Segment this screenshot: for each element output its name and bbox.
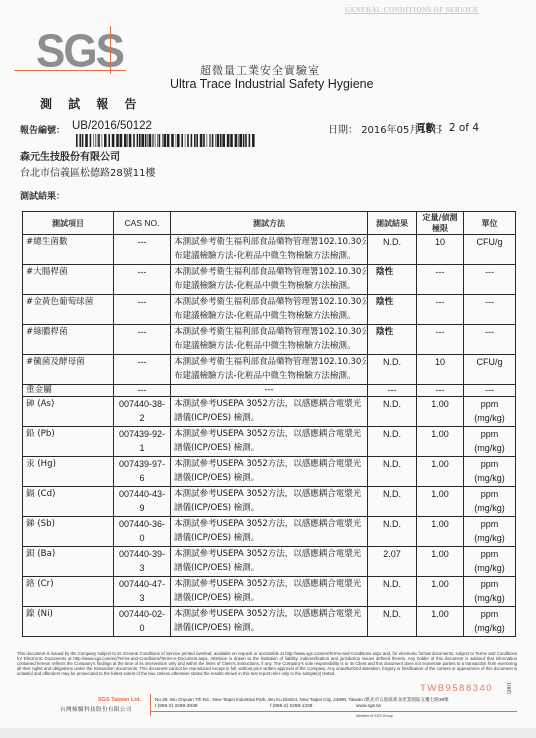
result-value: N.D.: [383, 357, 401, 367]
date-label: 日期：: [328, 125, 358, 136]
result-value: N.D.: [383, 237, 401, 247]
unit-line: ---: [467, 385, 512, 396]
table-row: #大腸桿菌---本測試參考衛生福利部食品藥物管理署102.10.30公布建議檢驗…: [23, 265, 516, 295]
cas-number: 007440-47-3: [119, 579, 165, 603]
method-line: 布建議檢驗方法-化粧品中微生物檢驗方法檢測。: [174, 280, 364, 294]
item-name: 鎘 (Cd): [26, 489, 56, 499]
cell-item: 汞 (Hg): [23, 457, 114, 487]
unit-line: ppm: [467, 608, 512, 622]
cell-method: 本測試參考USEPA 3052方法，以感應耦合電漿光譜儀(ICP/OES) 檢測…: [171, 487, 368, 517]
cell-limit: ---: [417, 265, 464, 295]
cas-number: 007440-43-9: [119, 489, 165, 513]
cell-cas: 007440-02-0: [114, 607, 171, 637]
cell-cas: 007440-47-3: [114, 577, 171, 607]
serial-number: TWB9588340: [420, 683, 493, 694]
sgs-logo: SGS: [14, 26, 126, 74]
footer-fax: f (886-2) 2298-1338: [270, 704, 312, 709]
limit-value: 1.00: [431, 549, 449, 559]
cell-cas: ---: [114, 385, 171, 397]
cell-result: N.D.: [368, 517, 417, 547]
method-line: 本測試參考USEPA 3052方法，以感應耦合電漿光: [174, 518, 364, 532]
unit-line: ---: [467, 296, 512, 310]
method-line: 本測試參考USEPA 3052方法，以感應耦合電漿光: [174, 578, 364, 592]
table-header-row: 測試項目 CAS NO. 測試方法 測試結果 定量/偵測極限 單位: [23, 212, 516, 235]
header-cas: CAS NO.: [114, 212, 171, 235]
method-line: 本測試參考USEPA 3052方法，以感應耦合電漿光: [174, 458, 364, 472]
method-line: 本測試參考USEPA 3052方法，以感應耦合電漿光: [174, 428, 364, 442]
cell-item: 鉻 (Cr): [23, 577, 114, 607]
cell-method: ---: [171, 385, 368, 397]
unit-line: (mg/kg): [467, 562, 512, 576]
limit-value: 10: [435, 357, 445, 367]
cell-limit: ---: [417, 325, 464, 355]
results-label: 測試結果：: [20, 189, 65, 202]
result-value: N.D.: [383, 489, 401, 499]
item-name: 鉻 (Cr): [26, 579, 54, 589]
cell-limit: 10: [417, 235, 464, 265]
unit-line: ppm: [467, 488, 512, 502]
table-row: 鎳 (Ni)007440-02-0本測試參考USEPA 3052方法，以感應耦合…: [23, 607, 516, 637]
footer-divider: [150, 694, 151, 716]
method-line: ---: [174, 385, 364, 396]
cell-item: 鉛 (Pb): [23, 427, 114, 457]
cell-item: #總生菌數: [23, 235, 114, 265]
cell-item: #黴菌及酵母菌: [23, 355, 114, 385]
cell-cas: 007440-38-2: [114, 397, 171, 427]
cell-method: 本測試參考USEPA 3052方法，以感應耦合電漿光譜儀(ICP/OES) 檢測…: [171, 457, 368, 487]
header-result: 測試結果: [368, 212, 417, 235]
cell-unit: ppm(mg/kg): [464, 607, 516, 637]
cell-result: 陰性: [368, 325, 417, 355]
item-name: 銻 (Sb): [26, 519, 55, 529]
cell-method: 本測試參考衛生福利部食品藥物管理署102.10.30公布建議檢驗方法-化粧品中微…: [171, 325, 368, 355]
cell-limit: 1.00: [417, 487, 464, 517]
table-row: #黴菌及酵母菌---本測試參考衛生福利部食品藥物管理署102.10.30公布建議…: [23, 355, 516, 385]
method-line: 譜儀(ICP/OES) 檢測。: [174, 562, 364, 576]
cas-number: 007440-39-3: [119, 549, 165, 573]
cell-method: 本測試參考USEPA 3052方法，以感應耦合電漿光譜儀(ICP/OES) 檢測…: [171, 517, 368, 547]
unit-line: ppm: [467, 578, 512, 592]
limit-value: ---: [436, 267, 445, 277]
cell-cas: ---: [114, 265, 171, 295]
cell-unit: ppm(mg/kg): [464, 517, 516, 547]
cell-unit: ppm(mg/kg): [464, 487, 516, 517]
report-page: GENERAL CONDITIONS OF SERVICE SGS 超微量工業安…: [0, 0, 536, 738]
result-value: N.D.: [383, 609, 401, 619]
unit-line: (mg/kg): [467, 412, 512, 426]
item-name: 鋇 (Ba): [26, 549, 55, 559]
cas-number: ---: [138, 237, 147, 247]
pages-value: ：2 of 4: [438, 122, 479, 134]
table-row: 砷 (As)007440-38-2本測試參考USEPA 3052方法，以感應耦合…: [23, 397, 516, 427]
result-value: 陰性: [376, 267, 393, 277]
method-line: 本測試參考USEPA 3052方法，以感應耦合電漿光: [174, 488, 364, 502]
cell-limit: 1.00: [417, 427, 464, 457]
cell-method: 本測試參考衛生福利部食品藥物管理署102.10.30公布建議檢驗方法-化粧品中微…: [171, 265, 368, 295]
limit-value: 1.00: [431, 489, 449, 499]
footer-website[interactable]: www.sgs.tw: [356, 704, 381, 709]
footer-company-en: SGS Taiwan Ltd.: [98, 697, 141, 703]
unit-line: ppm: [467, 548, 512, 562]
cell-result: N.D.: [368, 355, 417, 385]
cell-result: 陰性: [368, 265, 417, 295]
limit-value: 1.00: [431, 579, 449, 589]
method-line: 譜儀(ICP/OES) 檢測。: [174, 592, 364, 606]
unit-line: ppm: [467, 458, 512, 472]
cell-result: N.D.: [368, 457, 417, 487]
legal-disclaimer: This document is issued by the Company s…: [17, 651, 517, 676]
unit-line: ---: [467, 326, 512, 340]
method-line: 布建議檢驗方法-化粧品中微生物檢驗方法檢測。: [174, 250, 364, 264]
table-row: 鉛 (Pb)007439-92-1本測試參考USEPA 3052方法，以感應耦合…: [23, 427, 516, 457]
cell-limit: 1.00: [417, 397, 464, 427]
report-title: 測 試 報 告: [40, 95, 143, 112]
unit-line: (mg/kg): [467, 622, 512, 636]
cell-result: ---: [368, 385, 417, 397]
logo-accent-line: [110, 26, 111, 74]
table-row: #綠膿桿菌---本測試參考衛生福利部食品藥物管理署102.10.30公布建議檢驗…: [23, 325, 516, 355]
lab-name-en: Ultra Trace Industrial Safety Hygiene: [170, 77, 374, 91]
method-line: 本測試參考衛生福利部食品藥物管理署102.10.30公: [174, 266, 364, 280]
cell-unit: ppm(mg/kg): [464, 547, 516, 577]
table-row: 鋇 (Ba)007440-39-3本測試參考USEPA 3052方法，以感應耦合…: [23, 547, 516, 577]
unit-line: ppm: [467, 398, 512, 412]
item-name: 砷 (As): [26, 399, 54, 409]
unit-line: (mg/kg): [467, 592, 512, 606]
method-line: 本測試參考衛生福利部食品藥物管理署102.10.30公: [174, 236, 364, 250]
limit-value: ---: [436, 297, 445, 307]
cell-item: #綠膿桿菌: [23, 325, 114, 355]
method-line: 布建議檢驗方法-化粧品中微生物檢驗方法檢測。: [174, 340, 364, 354]
client-company: 森元生技股份有限公司: [20, 148, 120, 163]
limit-value: 1.00: [431, 609, 449, 619]
cell-cas: ---: [114, 355, 171, 385]
cell-item: 鎘 (Cd): [23, 487, 114, 517]
method-line: 譜儀(ICP/OES) 檢測。: [174, 532, 364, 546]
limit-value: 1.00: [431, 399, 449, 409]
cell-unit: ppm(mg/kg): [464, 457, 516, 487]
cell-method: 本測試參考USEPA 3052方法，以感應耦合電漿光譜儀(ICP/OES) 檢測…: [171, 547, 368, 577]
cell-limit: 10: [417, 355, 464, 385]
method-line: 本測試參考衛生福利部食品藥物管理署102.10.30公: [174, 326, 364, 340]
unit-line: CFU/g: [467, 356, 512, 370]
cell-limit: 1.00: [417, 577, 464, 607]
table-row: 重金屬---------------: [23, 385, 516, 397]
client-address: 台北市信義區松德路28號11樓: [20, 164, 155, 179]
limit-value: 1.00: [431, 459, 449, 469]
footer-divider: [150, 711, 517, 712]
cell-item: 鎳 (Ni): [23, 607, 114, 637]
cell-unit: CFU/g: [464, 235, 516, 265]
limit-value: ---: [436, 385, 445, 395]
cell-result: N.D.: [368, 607, 417, 637]
cell-unit: ---: [464, 325, 516, 355]
cas-number: 007440-36-0: [119, 519, 165, 543]
background-terms-header: GENERAL CONDITIONS OF SERVICE: [345, 6, 479, 14]
result-value: N.D.: [383, 579, 401, 589]
method-line: 譜儀(ICP/OES) 檢測。: [174, 442, 364, 456]
method-line: 本測試參考USEPA 3052方法，以感應耦合電漿光: [174, 398, 364, 412]
barcode-icon: [76, 134, 256, 147]
table-row: 汞 (Hg)007439-97-6本測試參考USEPA 3052方法，以感應耦合…: [23, 457, 516, 487]
side-code: 1005: [505, 682, 511, 694]
result-value: N.D.: [383, 459, 401, 469]
unit-line: ppm: [467, 428, 512, 442]
cas-number: ---: [138, 357, 147, 367]
cell-unit: ppm(mg/kg): [464, 577, 516, 607]
method-line: 本測試參考USEPA 3052方法，以感應耦合電漿光: [174, 608, 364, 622]
cell-limit: 1.00: [417, 517, 464, 547]
cell-method: 本測試參考USEPA 3052方法，以感應耦合電漿光譜儀(ICP/OES) 檢測…: [171, 427, 368, 457]
method-line: 本測試參考USEPA 3052方法，以感應耦合電漿光: [174, 548, 364, 562]
method-line: 布建議檢驗方法-化粧品中微生物檢驗方法檢測。: [174, 310, 364, 324]
page-count: 頁數 ：2 of 4: [416, 120, 479, 135]
unit-line: CFU/g: [467, 236, 512, 250]
method-line: 本測試參考衛生福利部食品藥物管理署102.10.30公: [174, 356, 364, 370]
cell-result: 2.07: [368, 547, 417, 577]
cell-cas: 007440-43-9: [114, 487, 171, 517]
cell-cas: ---: [114, 325, 171, 355]
cell-method: 本測試參考USEPA 3052方法，以感應耦合電漿光譜儀(ICP/OES) 檢測…: [171, 577, 368, 607]
method-line: 譜儀(ICP/OES) 檢測。: [174, 472, 364, 486]
cas-number: ---: [138, 385, 147, 395]
method-line: 本測試參考衛生福利部食品藥物管理署102.10.30公: [174, 296, 364, 310]
results-table: 測試項目 CAS NO. 測試方法 測試結果 定量/偵測極限 單位 #總生菌數-…: [22, 211, 516, 637]
cell-result: 陰性: [368, 295, 417, 325]
cas-number: 007440-38-2: [119, 399, 165, 423]
cell-unit: ppm(mg/kg): [464, 397, 516, 427]
cell-unit: CFU/g: [464, 355, 516, 385]
cell-result: N.D.: [368, 397, 417, 427]
limit-value: 10: [435, 237, 445, 247]
cell-item: 重金屬: [23, 385, 114, 397]
lab-name-cn: 超微量工業安全實驗室: [200, 62, 320, 78]
unit-line: (mg/kg): [467, 472, 512, 486]
cell-method: 本測試參考衛生福利部食品藥物管理署102.10.30公布建議檢驗方法-化粧品中微…: [171, 295, 368, 325]
result-value: 陰性: [376, 327, 393, 337]
cell-result: N.D.: [368, 235, 417, 265]
item-name: 汞 (Hg): [26, 459, 56, 469]
header-unit: 單位: [464, 212, 516, 235]
cas-number: ---: [138, 327, 147, 337]
cas-number: 007439-97-6: [119, 459, 165, 483]
item-name: 鉛 (Pb): [26, 429, 55, 439]
table-row: 銻 (Sb)007440-36-0本測試參考USEPA 3052方法，以感應耦合…: [23, 517, 516, 547]
pages-label: 頁數: [416, 123, 435, 134]
cell-cas: 007440-39-3: [114, 547, 171, 577]
header-limit: 定量/偵測極限: [417, 212, 464, 235]
unit-line: (mg/kg): [467, 502, 512, 516]
cell-item: 銻 (Sb): [23, 517, 114, 547]
cell-result: N.D.: [368, 577, 417, 607]
item-name: #黴菌及酵母菌: [26, 357, 85, 367]
footer-company-cn: 台灣檢驗科技股份有限公司: [60, 705, 132, 713]
item-name: 重金屬: [26, 385, 52, 395]
cell-item: #金黃色葡萄球菌: [23, 295, 114, 325]
cell-cas: ---: [114, 235, 171, 265]
cell-cas: 007440-36-0: [114, 517, 171, 547]
report-number: UB/2016/50122: [72, 120, 152, 132]
cas-number: ---: [138, 297, 147, 307]
method-line: 譜儀(ICP/OES) 檢測。: [174, 412, 364, 426]
table-row: 鎘 (Cd)007440-43-9本測試參考USEPA 3052方法，以感應耦合…: [23, 487, 516, 517]
limit-value: 1.00: [431, 429, 449, 439]
cell-limit: ---: [417, 295, 464, 325]
cas-number: 007440-02-0: [119, 609, 165, 633]
item-name: #總生菌數: [26, 237, 68, 247]
cell-limit: ---: [417, 385, 464, 397]
item-name: #大腸桿菌: [26, 267, 68, 277]
footer-address: No.38, Wu Chyuan 7th Rd., New Taipei Ind…: [155, 697, 449, 703]
cell-cas: 007439-97-6: [114, 457, 171, 487]
cell-item: 鋇 (Ba): [23, 547, 114, 577]
cell-unit: ---: [464, 265, 516, 295]
footer-phone: t (886-2) 2299-3939: [155, 704, 197, 709]
report-number-label: 報告編號：: [20, 123, 65, 136]
item-name: 鎳 (Ni): [26, 609, 53, 619]
unit-line: (mg/kg): [467, 532, 512, 546]
header-method: 測試方法: [171, 212, 368, 235]
cell-cas: 007439-92-1: [114, 427, 171, 457]
result-value: 陰性: [376, 297, 393, 307]
item-name: #綠膿桿菌: [26, 327, 68, 337]
cas-number: 007439-92-1: [119, 429, 165, 453]
limit-value: 1.00: [431, 519, 449, 529]
cell-result: N.D.: [368, 487, 417, 517]
header-item: 測試項目: [23, 212, 114, 235]
footer-member: Member of SGS Group: [356, 714, 393, 718]
item-name: #金黃色葡萄球菌: [26, 297, 93, 307]
cell-item: 砷 (As): [23, 397, 114, 427]
unit-line: ---: [467, 266, 512, 280]
result-value: N.D.: [383, 519, 401, 529]
cell-limit: 1.00: [417, 547, 464, 577]
unit-line: ppm: [467, 518, 512, 532]
table-row: #總生菌數---本測試參考衛生福利部食品藥物管理署102.10.30公布建議檢驗…: [23, 235, 516, 265]
result-value: ---: [388, 385, 397, 395]
cell-unit: ---: [464, 295, 516, 325]
cell-unit: ppm(mg/kg): [464, 427, 516, 457]
table-row: 鉻 (Cr)007440-47-3本測試參考USEPA 3052方法，以感應耦合…: [23, 577, 516, 607]
table-row: #金黃色葡萄球菌---本測試參考衛生福利部食品藥物管理署102.10.30公布建…: [23, 295, 516, 325]
cell-limit: 1.00: [417, 457, 464, 487]
result-value: 2.07: [383, 549, 401, 559]
limit-value: ---: [436, 327, 445, 337]
result-value: N.D.: [383, 429, 401, 439]
result-value: N.D.: [383, 399, 401, 409]
cell-method: 本測試參考USEPA 3052方法，以感應耦合電漿光譜儀(ICP/OES) 檢測…: [171, 607, 368, 637]
method-line: 布建議檢驗方法-化粧品中微生物檢驗方法檢測。: [174, 370, 364, 384]
cell-method: 本測試參考衛生福利部食品藥物管理署102.10.30公布建議檢驗方法-化粧品中微…: [171, 355, 368, 385]
method-line: 譜儀(ICP/OES) 檢測。: [174, 622, 364, 636]
cell-limit: 1.00: [417, 607, 464, 637]
cell-result: N.D.: [368, 427, 417, 457]
scan-edge: [0, 728, 536, 738]
cell-unit: ---: [464, 385, 516, 397]
cell-item: #大腸桿菌: [23, 265, 114, 295]
cas-number: ---: [138, 267, 147, 277]
cell-method: 本測試參考USEPA 3052方法，以感應耦合電漿光譜儀(ICP/OES) 檢測…: [171, 397, 368, 427]
unit-line: (mg/kg): [467, 442, 512, 456]
cell-method: 本測試參考衛生福利部食品藥物管理署102.10.30公布建議檢驗方法-化粧品中微…: [171, 235, 368, 265]
method-line: 譜儀(ICP/OES) 檢測。: [174, 502, 364, 516]
cell-cas: ---: [114, 295, 171, 325]
